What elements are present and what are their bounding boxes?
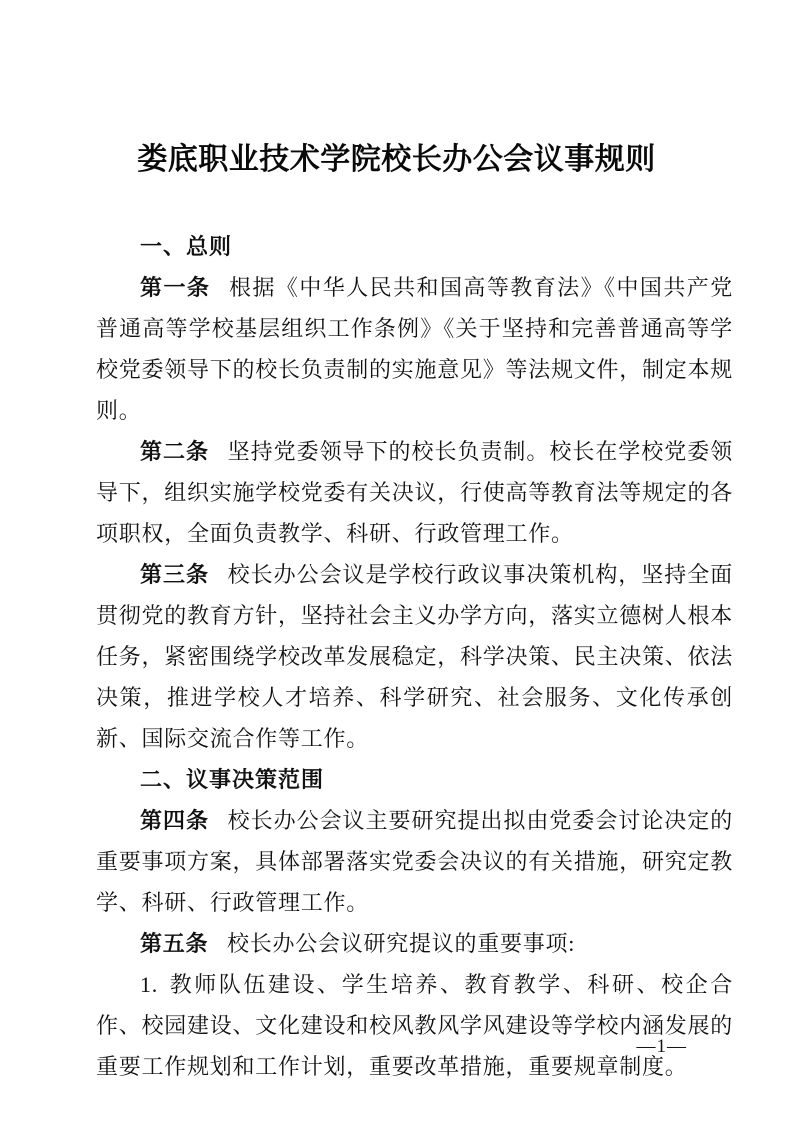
article-2: 第二条坚持党委领导下的校长负责制。校长在学校党委领导下，组织实施学校党委有关决议… bbox=[96, 431, 733, 554]
document-title: 娄底职业技术学院校长办公会议事规则 bbox=[0, 138, 793, 182]
article-4: 第四条校长办公会议主要研究提出拟由党委会讨论决定的重要事项方案，具体部署落实党委… bbox=[96, 800, 733, 923]
list-item-1-number: 1. bbox=[140, 972, 158, 997]
document-body: 一、总则 第一条根据《中华人民共和国高等教育法》《中国共产党普通高等学校基层组织… bbox=[96, 226, 733, 1087]
article-5-text: 校长办公会议研究提议的重要事项: bbox=[227, 931, 575, 956]
article-4-label: 第四条 bbox=[140, 808, 209, 833]
article-1: 第一条根据《中华人民共和国高等教育法》《中国共产党普通高等学校基层组织工作条例》… bbox=[96, 267, 733, 431]
list-item-1-text: 教师队伍建设、学生培养、教育教学、科研、校企合作、校园建设、文化建设和校风教风学… bbox=[96, 972, 733, 1079]
page-footer: —1— bbox=[0, 1036, 793, 1058]
section-heading-decision-scope: 二、议事决策范围 bbox=[96, 759, 733, 800]
section-heading-general-rules: 一、总则 bbox=[96, 226, 733, 267]
article-5-label: 第五条 bbox=[140, 931, 208, 956]
page-number: —1— bbox=[637, 1036, 688, 1057]
list-item-1: 1.教师队伍建设、学生培养、教育教学、科研、校企合作、校园建设、文化建设和校风教… bbox=[96, 964, 733, 1087]
section-heading-text: 一、总则 bbox=[140, 234, 232, 259]
document-page: 娄底职业技术学院校长办公会议事规则 一、总则 第一条根据《中华人民共和国高等教育… bbox=[0, 0, 793, 1122]
section-heading-text: 二、议事决策范围 bbox=[140, 767, 324, 792]
article-3-text: 校长办公会议是学校行政议事决策机构，坚持全面贯彻党的教育方针，坚持社会主义办学方… bbox=[96, 562, 733, 751]
article-2-label: 第二条 bbox=[140, 439, 209, 464]
article-3-label: 第三条 bbox=[140, 562, 209, 587]
article-3: 第三条校长办公会议是学校行政议事决策机构，坚持全面贯彻党的教育方针，坚持社会主义… bbox=[96, 554, 733, 759]
article-5: 第五条校长办公会议研究提议的重要事项: bbox=[96, 923, 733, 964]
article-1-label: 第一条 bbox=[140, 275, 210, 300]
